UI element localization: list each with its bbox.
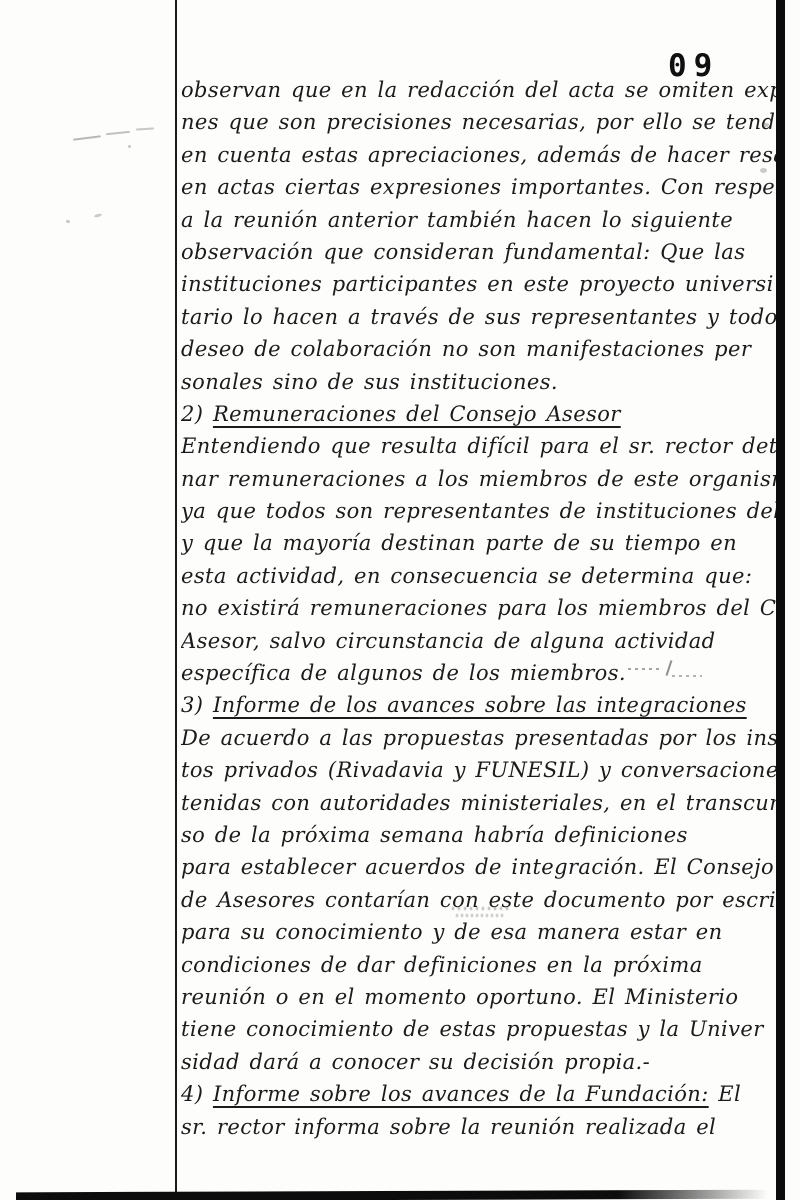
- text-line: Asesor, salvo circunstancia de alguna ac…: [181, 625, 777, 657]
- text-line: condiciones de dar definiciones en la pr…: [181, 949, 777, 981]
- text-line: esta actividad, en consecuencia se deter…: [181, 560, 777, 592]
- line-text: tos privados (Rivadavia y FUNESIL) y con…: [181, 758, 777, 782]
- text-line: sonales sino de sus instituciones.: [181, 366, 777, 398]
- text-line: deseo de colaboración no son manifestaci…: [181, 333, 777, 365]
- item-number: 2): [181, 402, 213, 426]
- scan-edge-bottom: [16, 1190, 768, 1200]
- line-text: Informe de los avances sobre las integra…: [213, 693, 747, 717]
- text-line: De acuerdo a las propuestas presentadas …: [181, 722, 777, 754]
- line-text: nes que son precisiones necesarias, por …: [181, 110, 777, 134]
- item-number: 3): [181, 693, 213, 717]
- item-number: 4): [181, 1082, 213, 1106]
- scan-speck: [66, 219, 71, 223]
- scan-speck: [94, 213, 103, 218]
- line-text: tario lo hacen a través de sus represent…: [181, 305, 777, 329]
- line-text: Asesor, salvo circunstancia de alguna ac…: [181, 629, 716, 653]
- line-text: sonales sino de sus instituciones.: [181, 370, 558, 394]
- text-line: observan que en la redacción del acta se…: [181, 74, 777, 106]
- text-line: en cuenta estas apreciaciones, además de…: [181, 139, 777, 171]
- line-text: para establecer acuerdos de integración.…: [181, 855, 774, 879]
- line-text: condiciones de dar definiciones en la pr…: [181, 953, 703, 977]
- heading-line: 2) Remuneraciones del Consejo Asesor: [181, 398, 777, 430]
- line-text: ya que todos son representantes de insti…: [181, 499, 777, 523]
- text-line: tos privados (Rivadavia y FUNESIL) y con…: [181, 754, 777, 786]
- text-line: sr. rector informa sobre la reunión real…: [181, 1111, 777, 1143]
- text-line: ya que todos son representantes de insti…: [181, 495, 777, 527]
- text-line: no existirá remuneraciones para los miem…: [181, 592, 777, 624]
- line-text: en cuenta estas apreciaciones, además de…: [181, 143, 777, 167]
- text-line: nes que son precisiones necesarias, por …: [181, 106, 777, 138]
- pencil-mark: [106, 131, 130, 135]
- margin-line: [175, 0, 177, 1193]
- line-text: De acuerdo a las propuestas presentadas …: [181, 726, 777, 750]
- text-line: en actas ciertas expresiones importantes…: [181, 171, 777, 203]
- line-text: nar remuneraciones a los miembros de est…: [181, 467, 777, 491]
- line-text: tiene conocimiento de estas propuestas y…: [181, 1017, 764, 1041]
- line-text: sr. rector informa sobre la reunión real…: [181, 1115, 716, 1139]
- line-text: Remuneraciones del Consejo Asesor: [213, 402, 621, 426]
- text-line: tenidas con autoridades ministeriales, e…: [181, 787, 777, 819]
- faint-stamp: [452, 906, 508, 920]
- line-text: y que la mayoría destinan parte de su ti…: [181, 531, 737, 555]
- scan-speck: [128, 145, 131, 148]
- scanned-page: 09 observan que en la redacción del acta…: [0, 0, 800, 1200]
- line-text: sidad dará a conocer su decisión propia.…: [181, 1050, 650, 1074]
- text-line: instituciones participantes en este proy…: [181, 268, 777, 300]
- text-line: so de la próxima semana habría definicio…: [181, 819, 777, 851]
- text-line: tario lo hacen a través de sus represent…: [181, 301, 777, 333]
- text-line: para su conocimiento y de esa manera est…: [181, 916, 777, 948]
- line-text: a la reunión anterior también hacen lo s…: [181, 208, 733, 232]
- line-text: deseo de colaboración no son manifestaci…: [181, 337, 751, 361]
- line-text: para su conocimiento y de esa manera est…: [181, 920, 723, 944]
- scan-speck: [760, 168, 767, 173]
- text-line: Entendiendo que resulta difícil para el …: [181, 430, 777, 462]
- text-line: y que la mayoría destinan parte de su ti…: [181, 527, 777, 559]
- text-line: sidad dará a conocer su decisión propia.…: [181, 1046, 777, 1078]
- text-line: para establecer acuerdos de integración.…: [181, 851, 777, 883]
- line-text: esta actividad, en consecuencia se deter…: [181, 564, 752, 588]
- line-text-after-heading: El: [709, 1082, 741, 1106]
- scan-edge-right: [776, 0, 785, 1200]
- pencil-mark: [73, 135, 101, 140]
- line-text: Informe sobre los avances de la Fundació…: [213, 1082, 709, 1106]
- text-line: tiene conocimiento de estas propuestas y…: [181, 1013, 777, 1045]
- text-line: reunión o en el momento oportuno. El Min…: [181, 981, 777, 1013]
- line-text: reunión o en el momento oportuno. El Min…: [181, 985, 738, 1009]
- line-text: observan que en la redacción del acta se…: [181, 78, 777, 102]
- text-block: observan que en la redacción del acta se…: [181, 74, 777, 1186]
- line-text: no existirá remuneraciones para los miem…: [181, 596, 777, 620]
- line-text: en actas ciertas expresiones importantes…: [181, 175, 777, 199]
- line-text: específica de algunos de los miembros.: [181, 661, 626, 685]
- pencil-mark: [136, 127, 154, 130]
- line-text: so de la próxima semana habría definicio…: [181, 823, 688, 847]
- text-line: a la reunión anterior también hacen lo s…: [181, 204, 777, 236]
- line-text: observación que consideran fundamental: …: [181, 240, 745, 264]
- line-text: instituciones participantes en este proy…: [181, 272, 774, 296]
- text-line: nar remuneraciones a los miembros de est…: [181, 463, 777, 495]
- text-line: observación que consideran fundamental: …: [181, 236, 777, 268]
- scan-speck: [763, 123, 769, 127]
- heading-line: 4) Informe sobre los avances de la Funda…: [181, 1078, 777, 1110]
- line-text: Entendiendo que resulta difícil para el …: [181, 434, 777, 458]
- line-text: tenidas con autoridades ministeriales, e…: [181, 791, 777, 815]
- heading-line: 3) Informe de los avances sobre las inte…: [181, 689, 777, 721]
